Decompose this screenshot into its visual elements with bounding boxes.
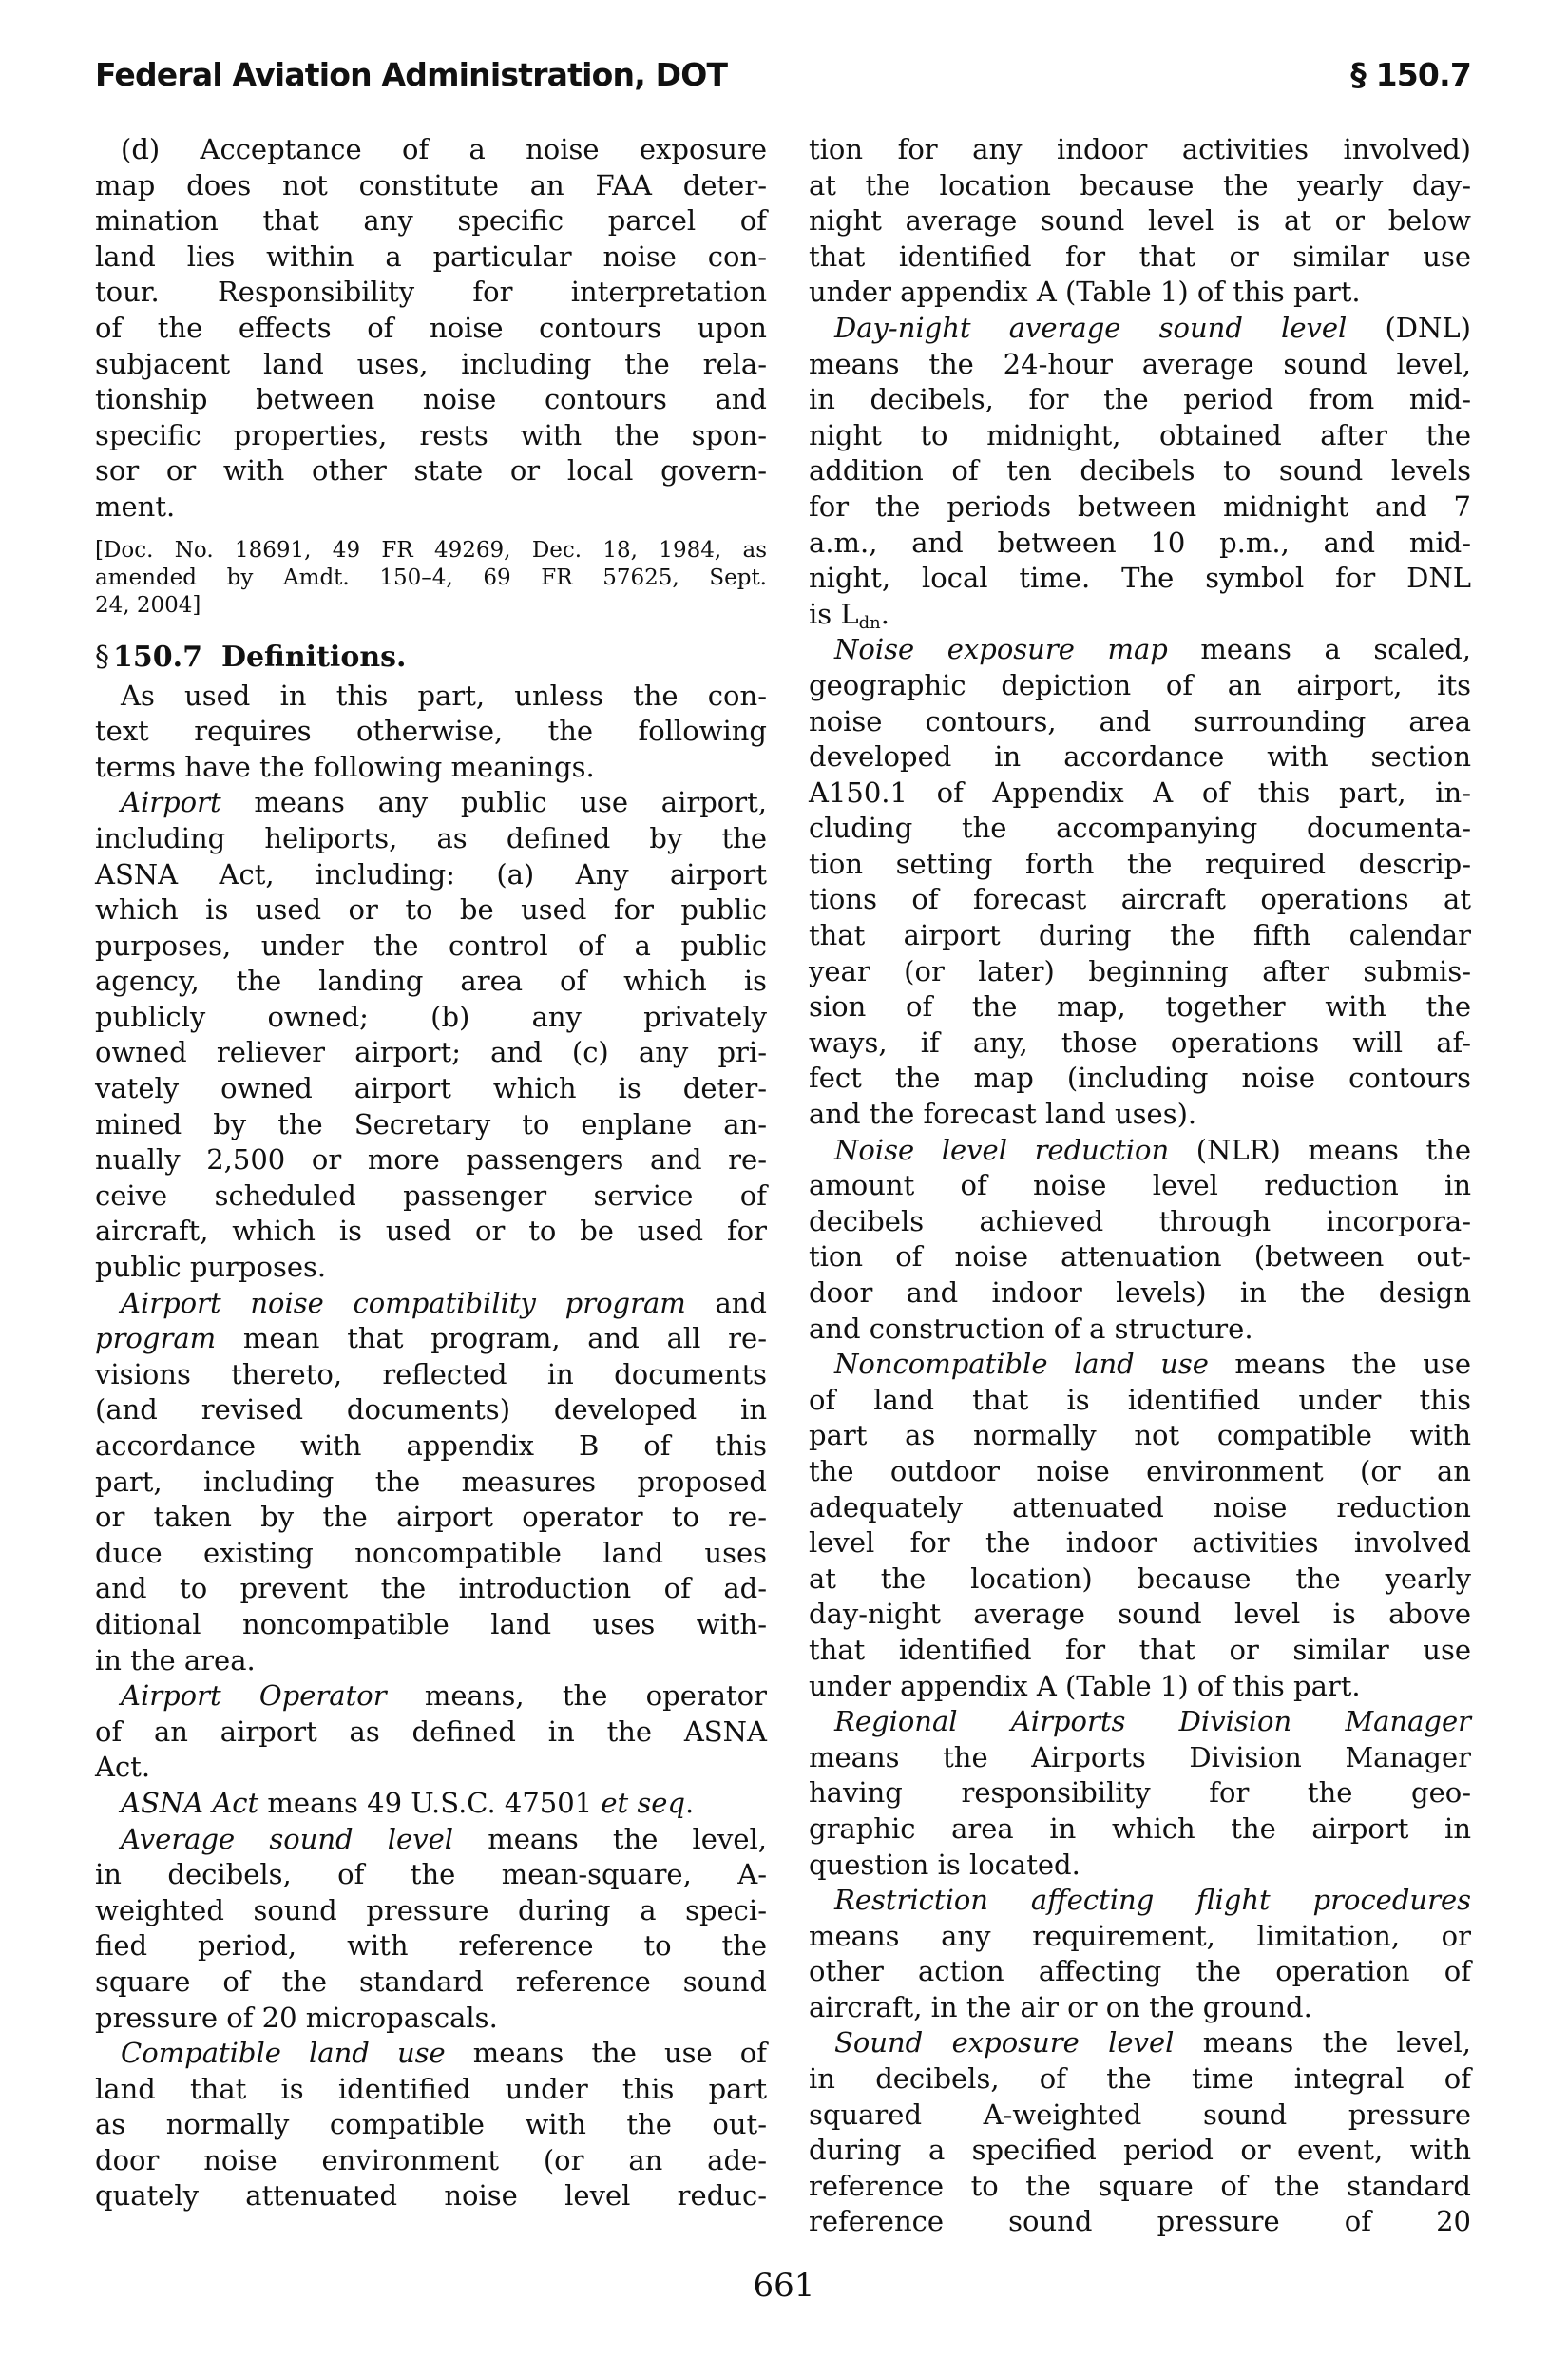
text-run: . — [685, 1787, 694, 1819]
text-line: program mean that program, and all re- — [95, 1321, 767, 1357]
text-line: as normally compatible with the out- — [95, 2107, 767, 2143]
text-line: mination that any specific parcel of — [95, 203, 767, 240]
text-line: means the 24-hour average sound level, — [809, 347, 1471, 383]
definition-noise-exposure-map: Noise exposure map means a scaled, geogr… — [809, 632, 1471, 1132]
defined-term: Airport noise compatibility program — [121, 1287, 686, 1319]
text-line: Sound exposure level means the level, — [809, 2025, 1471, 2061]
definition-noise-level-reduction: Noise level reduction (NLR) means the am… — [809, 1133, 1471, 1348]
left-column: (d) Acceptance of a noise exposure map d… — [95, 132, 767, 2214]
text-line: noise contours, and surrounding area — [809, 704, 1471, 740]
text-line: A150.1 of Appendix A of this part, in- — [809, 776, 1471, 812]
text-line: squared A-weighted sound pressure — [809, 2098, 1471, 2134]
right-column: tion for any indoor activities involved)… — [809, 132, 1471, 2240]
definition-regional-airports-division-manager: Regional Airports Division Manager means… — [809, 1704, 1471, 1883]
text-line: agency, the landing area of which is — [95, 964, 767, 1000]
text-run: . — [881, 598, 889, 630]
text-line: publicly owned; (b) any privately — [95, 1000, 767, 1036]
text-run: means the level, — [453, 1823, 767, 1855]
text-line: text requires otherwise, the following — [95, 714, 767, 750]
defined-term: Noise exposure map — [834, 633, 1168, 665]
text-line: square of the standard reference sound — [95, 1964, 767, 2001]
text-line: tour. Responsibility for interpretation — [95, 275, 767, 311]
text-line: Noise exposure map means a scaled, — [809, 632, 1471, 668]
text-line: Regional Airports Division Manager — [809, 1704, 1471, 1740]
text-run: means the use of — [446, 2037, 767, 2069]
text-line: for the periods between midnight and 7 — [809, 489, 1471, 526]
citation-line: 24, 2004] — [95, 592, 767, 620]
text-line: in decibels, of the mean-square, A- — [95, 1857, 767, 1893]
text-line: level for the indoor activities involved — [809, 1525, 1471, 1562]
text-line: night to midnight, obtained after the — [809, 418, 1471, 454]
source-citation: [Doc. No. 18691, 49 FR 49269, Dec. 18, 1… — [95, 537, 767, 620]
text-line: that identified for that or similar use — [809, 1633, 1471, 1669]
defined-term: Compatible land use — [121, 2037, 446, 2069]
text-line: Noise level reduction (NLR) means the — [809, 1133, 1471, 1169]
text-line: visions thereto, reflected in documents — [95, 1357, 767, 1393]
text-line: part as normally not compatible with — [809, 1418, 1471, 1454]
text-line: that identified for that or similar use — [809, 240, 1471, 276]
citation-line: [Doc. No. 18691, 49 FR 49269, Dec. 18, 1… — [95, 537, 767, 565]
text-line: (d) Acceptance of a noise exposure — [95, 132, 767, 168]
text-line: purposes, under the control of a public — [95, 929, 767, 965]
text-line: Noncompatible land use means the use — [809, 1347, 1471, 1383]
text-line: Average sound level means the level, — [95, 1822, 767, 1858]
text-run: means any public use airport, — [221, 786, 767, 818]
text-line: year (or later) beginning after submis- — [809, 954, 1471, 990]
text-line: Restriction affecting flight procedures — [809, 1883, 1471, 1919]
latin-abbrev: et seq — [601, 1787, 685, 1819]
text-line: day-night average sound level is above — [809, 1597, 1471, 1633]
text-line: other action affecting the operation of — [809, 1954, 1471, 1990]
text-line: during a specified period or event, with — [809, 2133, 1471, 2169]
text-line: question is located. — [809, 1848, 1471, 1884]
defined-term: Regional Airports Division Manager — [834, 1705, 1471, 1737]
text-line: pressure of 20 micropascals. — [95, 2001, 767, 2037]
text-line: sor or with other state or local govern- — [95, 453, 767, 489]
text-run: mean that program, and all re- — [216, 1322, 767, 1354]
text-line: at the location because the yearly day- — [809, 168, 1471, 204]
text-line: amount of noise level reduction in — [809, 1168, 1471, 1204]
text-line: map does not constitute an FAA deter- — [95, 168, 767, 204]
section-heading: §150.7Definitions. — [95, 637, 767, 679]
text-line: accordance with appendix B of this — [95, 1428, 767, 1465]
text-line: subjacent land uses, including the rela- — [95, 347, 767, 383]
section-number: 150.7 — [113, 641, 202, 674]
text-line: ditional noncompatible land uses with- — [95, 1607, 767, 1643]
definition-noncompatible-land-use: Noncompatible land use means the use of … — [809, 1347, 1471, 1704]
text-line: nually 2,500 or more passengers and re- — [95, 1142, 767, 1178]
page-number: 661 — [0, 2267, 1568, 2305]
text-line: addition of ten decibels to sound levels — [809, 453, 1471, 489]
text-line: that airport during the fifth calendar — [809, 918, 1471, 954]
text-line: tion setting forth the required descrip- — [809, 847, 1471, 883]
text-line: ceive scheduled passenger service of — [95, 1178, 767, 1215]
text-run: means a scaled, — [1168, 633, 1471, 665]
text-line: Airport means any public use airport, — [95, 785, 767, 821]
text-line: mined by the Secretary to enplane an- — [95, 1107, 767, 1143]
text-line: of the effects of noise contours upon — [95, 311, 767, 347]
text-line: tion for any indoor activities involved) — [809, 132, 1471, 168]
text-line: fect the map (including noise contours — [809, 1061, 1471, 1097]
text-line: and construction of a structure. — [809, 1312, 1471, 1348]
text-run: means the level, — [1174, 2026, 1471, 2059]
definition-average-sound-level: Average sound level means the level, in … — [95, 1822, 767, 2037]
text-line: means the Airports Division Manager — [809, 1740, 1471, 1776]
definition-airport: Airport means any public use airport, in… — [95, 785, 767, 1285]
text-line: Act. — [95, 1750, 767, 1786]
text-line: sion of the map, together with the — [809, 989, 1471, 1025]
citation-line: amended by Amdt. 150–4, 69 FR 57625, Sep… — [95, 565, 767, 592]
text-line: which is used or to be used for public — [95, 892, 767, 929]
text-line: developed in accordance with section — [809, 739, 1471, 776]
text-line: fied period, with reference to the — [95, 1928, 767, 1964]
text-line: part, including the measures proposed — [95, 1465, 767, 1501]
text-line: door noise environment (or an ade- — [95, 2143, 767, 2179]
text-line: aircraft, in the air or on the ground. — [809, 1990, 1471, 2026]
text-line: Day-night average sound level (DNL) — [809, 311, 1471, 347]
definition-compatible-land-use-continued: tion for any indoor activities involved)… — [809, 132, 1471, 311]
text-line: geographic depiction of an airport, its — [809, 668, 1471, 704]
text-line: terms have the following meanings. — [95, 750, 767, 786]
definition-sound-exposure-level: Sound exposure level means the level, in… — [809, 2025, 1471, 2240]
text-line: weighted sound pressure during a speci- — [95, 1893, 767, 1929]
text-line: public purposes. — [95, 1250, 767, 1286]
text-run: (NLR) means the — [1169, 1134, 1471, 1166]
text-line: tions of forecast aircraft operations at — [809, 882, 1471, 918]
section-symbol: § — [95, 641, 109, 674]
subscript: dn — [859, 613, 881, 633]
text-line: ment. — [95, 489, 767, 526]
defined-term: Day-night average sound level — [834, 312, 1347, 344]
paragraph-d: (d) Acceptance of a noise exposure map d… — [95, 132, 767, 526]
running-head: Federal Aviation Administration, DOT § 1… — [95, 55, 1471, 93]
text-line: ways, if any, those operations will af- — [809, 1025, 1471, 1062]
text-line: cluding the accompanying documenta- — [809, 811, 1471, 847]
text-line: Compatible land use means the use of — [95, 2036, 767, 2072]
text-line: ASNA Act, including: (a) Any airport — [95, 857, 767, 893]
text-line: or taken by the airport operator to re- — [95, 1500, 767, 1536]
text-line: of land that is identified under this — [809, 1383, 1471, 1419]
text-line: As used in this part, unless the con- — [95, 679, 767, 715]
definition-asna-act: ASNA Act means 49 U.S.C. 47501 et seq. — [95, 1786, 767, 1822]
text-line: night average sound level is at or below — [809, 203, 1471, 240]
defined-term: Average sound level — [121, 1823, 453, 1855]
text-line: and the forecast land uses). — [809, 1097, 1471, 1133]
text-line: a.m., and between 10 p.m., and mid- — [809, 526, 1471, 562]
text-run: and — [686, 1287, 767, 1319]
text-line: in the area. — [95, 1643, 767, 1679]
text-line: the outdoor noise environment (or an — [809, 1454, 1471, 1490]
text-line: aircraft, which is used or to be used fo… — [95, 1214, 767, 1250]
text-line: owned reliever airport; and (c) any pri- — [95, 1035, 767, 1071]
text-line: is Ldn. — [809, 597, 1471, 633]
definition-airport-noise-compatibility-program: Airport noise compatibility program and … — [95, 1286, 767, 1679]
text-run: means the use — [1209, 1348, 1471, 1380]
text-line: tionship between noise contours and — [95, 382, 767, 418]
text-line: adequately attenuated noise reduction — [809, 1490, 1471, 1526]
text-line: door and indoor levels) in the design — [809, 1275, 1471, 1312]
text-line: reference to the square of the standard — [809, 2169, 1471, 2205]
definition-day-night-average-sound-level: Day-night average sound level (DNL) mean… — [809, 311, 1471, 632]
text-line: at the location) because the yearly — [809, 1562, 1471, 1598]
defined-term: Noncompatible land use — [834, 1348, 1209, 1380]
definition-airport-operator: Airport Operator means, the operator of … — [95, 1678, 767, 1786]
text-line: in decibels, for the period from mid- — [809, 382, 1471, 418]
text-line: and to prevent the introduction of ad- — [95, 1571, 767, 1607]
text-line: duce existing noncompatible land uses — [95, 1536, 767, 1572]
text-line: including heliports, as defined by the — [95, 821, 767, 857]
defined-term: Restriction affecting flight procedures — [834, 1884, 1471, 1916]
text-line: vately owned airport which is deter- — [95, 1071, 767, 1107]
text-line: having responsibility for the geo- — [809, 1775, 1471, 1811]
defined-term: Airport Operator — [121, 1679, 387, 1712]
defined-term: Noise level reduction — [834, 1134, 1169, 1166]
text-run: means, the operator — [387, 1679, 767, 1712]
defined-term: ASNA Act — [121, 1787, 258, 1819]
text-line: decibels achieved through incorpora- — [809, 1204, 1471, 1240]
text-line: graphic area in which the airport in — [809, 1811, 1471, 1848]
defined-term: Airport — [121, 786, 221, 818]
section-title: Definitions. — [221, 641, 407, 674]
text-line: land that is identified under this part — [95, 2072, 767, 2108]
definition-compatible-land-use: Compatible land use means the use of lan… — [95, 2036, 767, 2214]
agency-title: Federal Aviation Administration, DOT — [95, 56, 727, 93]
text-line: under appendix A (Table 1) of this part. — [809, 275, 1471, 311]
text-run: is L — [809, 598, 859, 630]
text-run: (DNL) — [1347, 312, 1471, 344]
text-line: (and revised documents) developed in — [95, 1392, 767, 1428]
definitions-intro: As used in this part, unless the con- te… — [95, 679, 767, 786]
text-line: night, local time. The symbol for DNL — [809, 561, 1471, 597]
text-line: Airport Operator means, the operator — [95, 1678, 767, 1715]
text-line: tion of noise attenuation (between out- — [809, 1239, 1471, 1275]
text-line: under appendix A (Table 1) of this part. — [809, 1669, 1471, 1705]
text-run: means 49 U.S.C. 47501 — [258, 1787, 601, 1819]
text-line: land lies within a particular noise con- — [95, 240, 767, 276]
text-line: specific properties, rests with the spon… — [95, 418, 767, 454]
text-line: in decibels, of the time integral of — [809, 2061, 1471, 2098]
definition-restriction-affecting-flight-procedures: Restriction affecting flight procedures … — [809, 1883, 1471, 2025]
text-line: ASNA Act means 49 U.S.C. 47501 et seq. — [95, 1786, 767, 1822]
text-line: Airport noise compatibility program and — [95, 1286, 767, 1322]
text-line: means any requirement, limitation, or — [809, 1919, 1471, 1955]
text-line: reference sound pressure of 20 — [809, 2204, 1471, 2240]
text-line: quately attenuated noise level reduc- — [95, 2178, 767, 2214]
text-line: of an airport as defined in the ASNA — [95, 1715, 767, 1751]
section-ref: § 150.7 — [1350, 56, 1471, 93]
defined-term: Sound exposure level — [834, 2026, 1174, 2059]
defined-term: program — [95, 1322, 216, 1354]
